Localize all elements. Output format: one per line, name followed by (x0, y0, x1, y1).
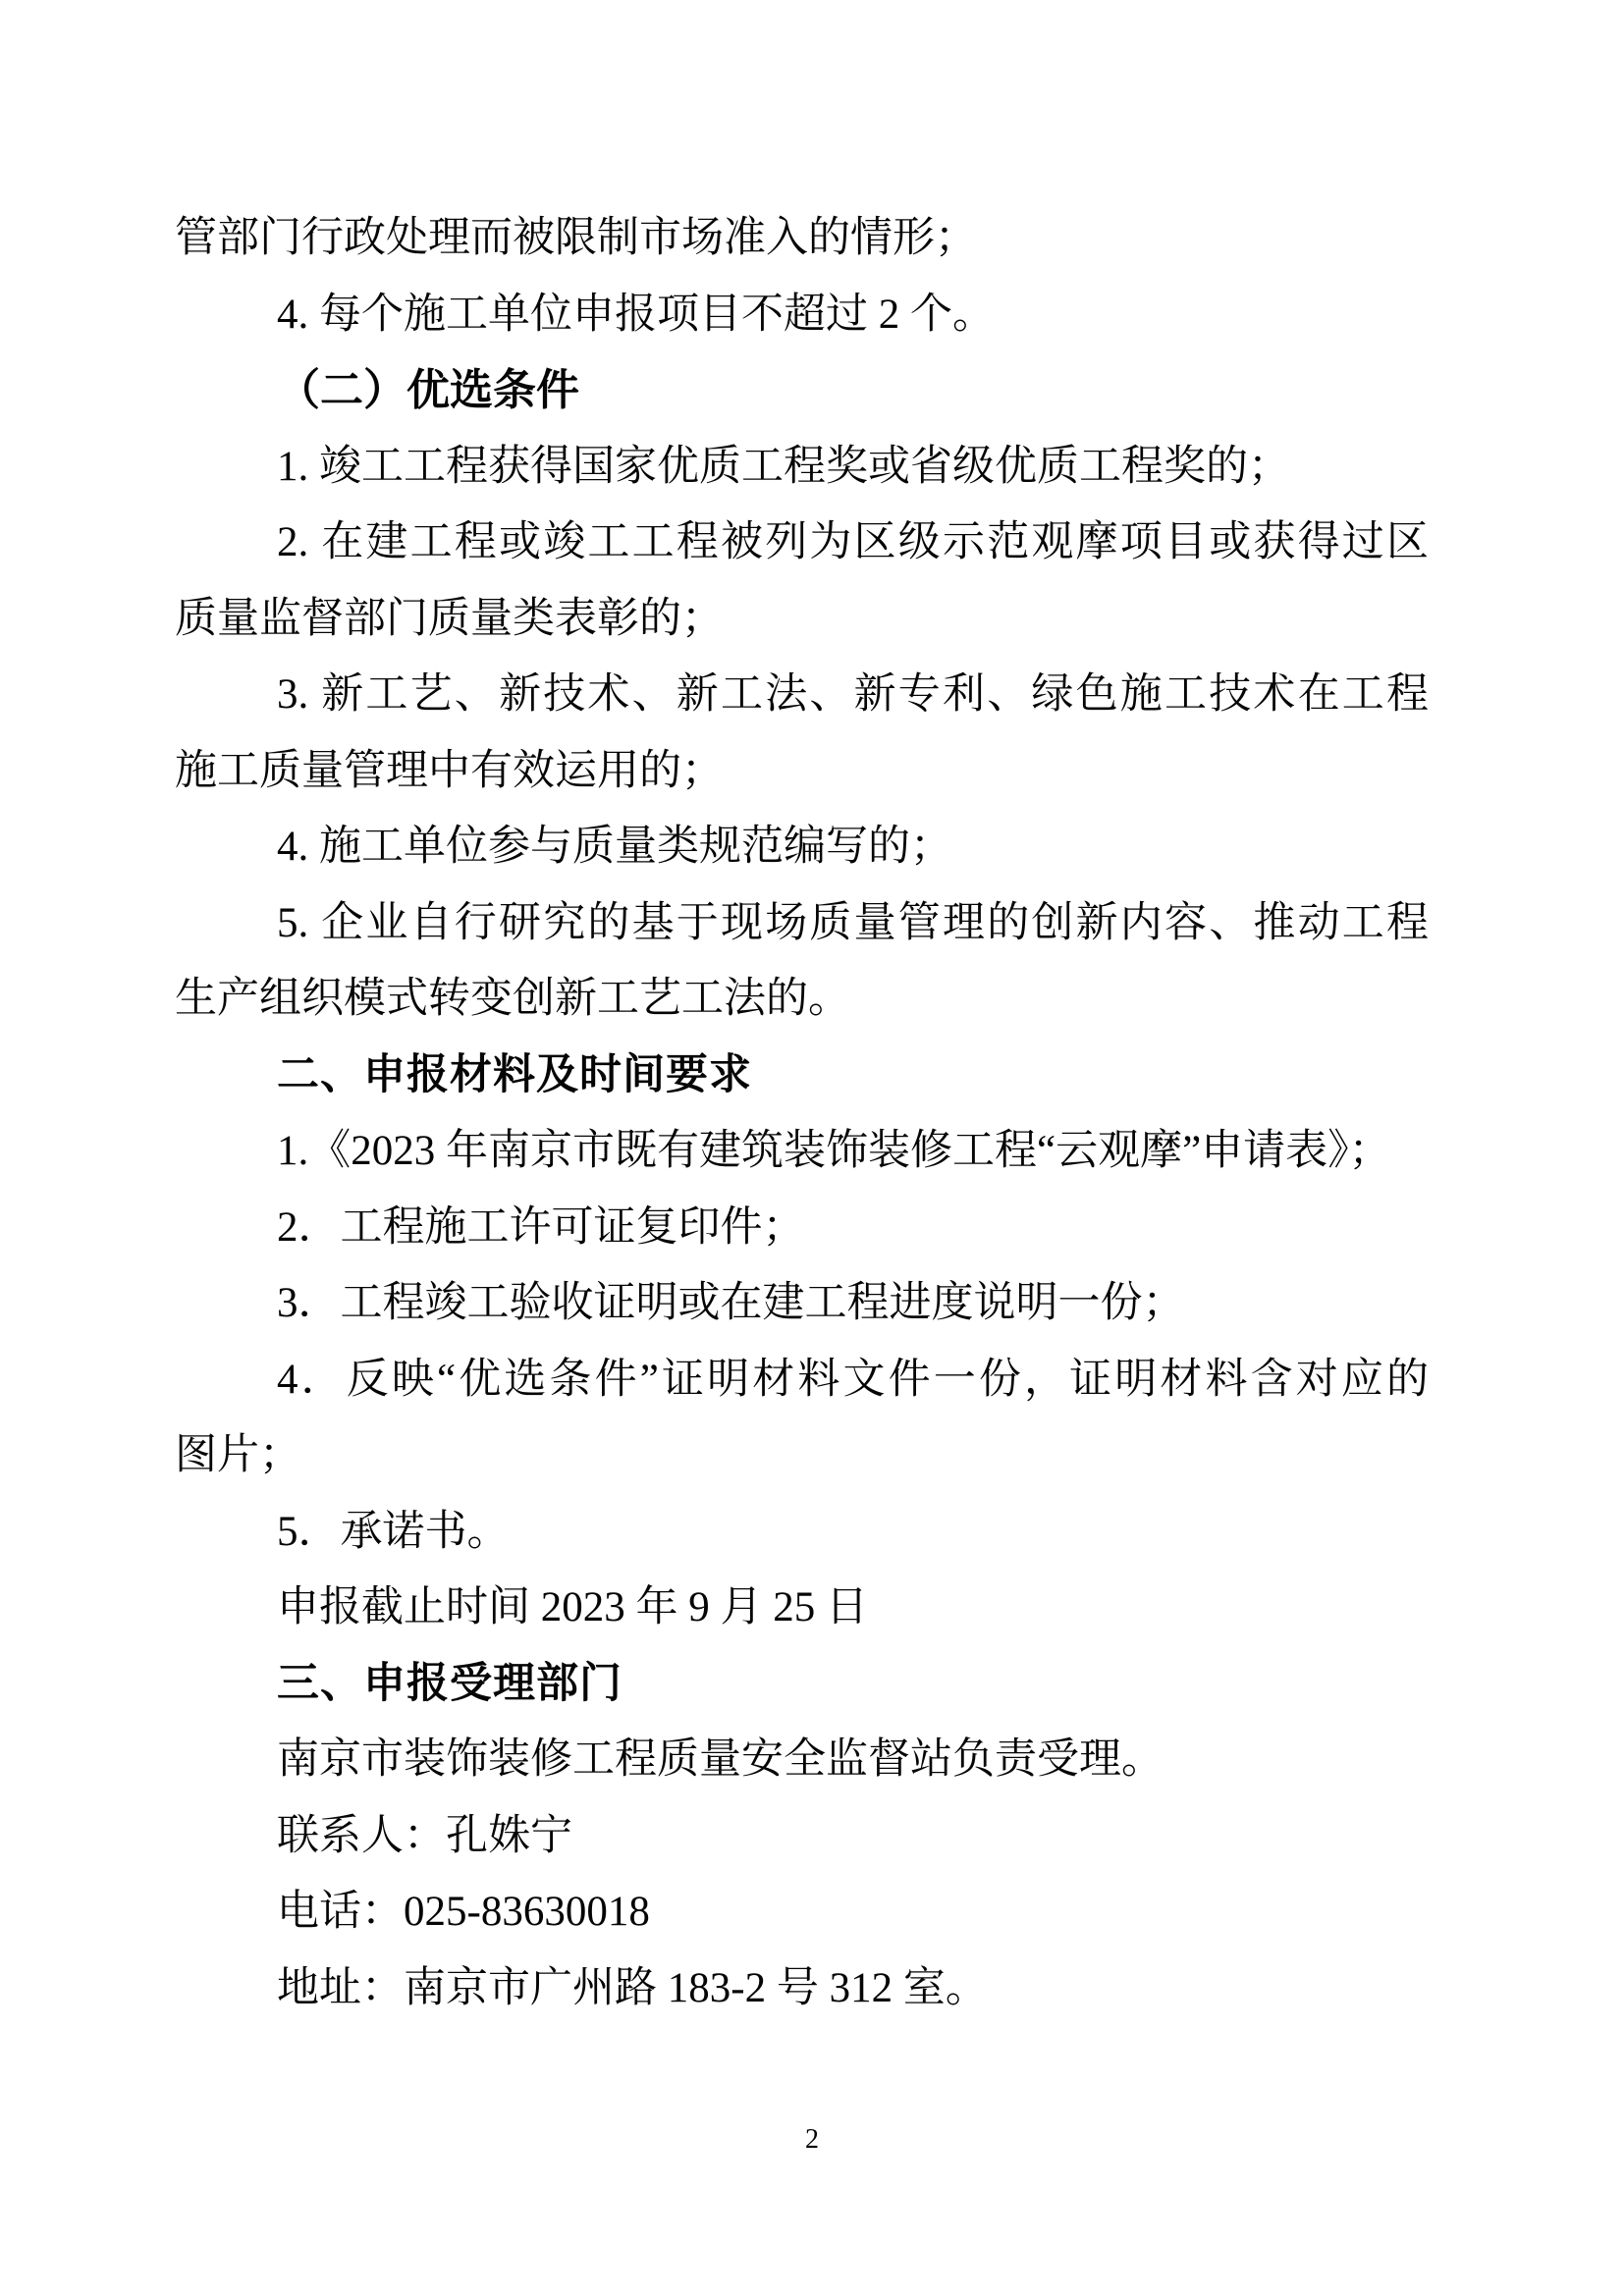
paragraph-line: 图片； (175, 1417, 1429, 1494)
contact-person-line: 联系人：孔姝宁 (175, 1798, 1429, 1875)
list-item: 2．工程施工许可证复印件； (175, 1190, 1429, 1266)
list-item: 5．承诺书。 (175, 1494, 1429, 1571)
address-line: 地址：南京市广州路 183-2 号 312 室。 (175, 1950, 1429, 2027)
page-number: 2 (0, 2120, 1624, 2160)
paragraph-line: 管部门行政处理而被限制市场准入的情形； (175, 200, 1429, 277)
deadline-line: 申报截止时间 2023 年 9 月 25 日 (175, 1570, 1429, 1646)
list-item: 2. 在建工程或竣工工程被列为区级示范观摩项目或获得过区 (175, 505, 1429, 581)
list-item: 3. 新工艺、新技术、新工法、新专利、绿色施工技术在工程 (175, 657, 1429, 733)
list-item: 1. 竣工工程获得国家优质工程奖或省级优质工程奖的； (175, 429, 1429, 506)
section-heading-materials: 二、申报材料及时间要求 (175, 1038, 1429, 1114)
list-item: 1.《2023 年南京市既有建筑装饰装修工程“云观摩”申请表》； (175, 1113, 1429, 1190)
paragraph-line: 生产组织模式转变创新工艺工法的。 (175, 961, 1429, 1038)
section-heading-department: 三、申报受理部门 (175, 1646, 1429, 1723)
paragraph-line: 4. 每个施工单位申报项目不超过 2 个。 (175, 277, 1429, 353)
list-item: 5. 企业自行研究的基于现场质量管理的创新内容、推动工程 (175, 885, 1429, 962)
list-item: 4．反映“优选条件”证明材料文件一份，证明材料含对应的 (175, 1342, 1429, 1418)
subsection-heading-preferred: （二）优选条件 (175, 352, 1429, 429)
paragraph-line: 质量监督部门质量类表彰的； (175, 581, 1429, 658)
list-item: 4. 施工单位参与质量类规范编写的； (175, 809, 1429, 885)
phone-line: 电话：025-83630018 (175, 1874, 1429, 1950)
document-page: 管部门行政处理而被限制市场准入的情形； 4. 每个施工单位申报项目不超过 2 个… (175, 200, 1429, 2026)
list-item: 3．工程竣工验收证明或在建工程进度说明一份； (175, 1265, 1429, 1342)
department-line: 南京市装饰装修工程质量安全监督站负责受理。 (175, 1722, 1429, 1798)
paragraph-line: 施工质量管理中有效运用的； (175, 733, 1429, 810)
